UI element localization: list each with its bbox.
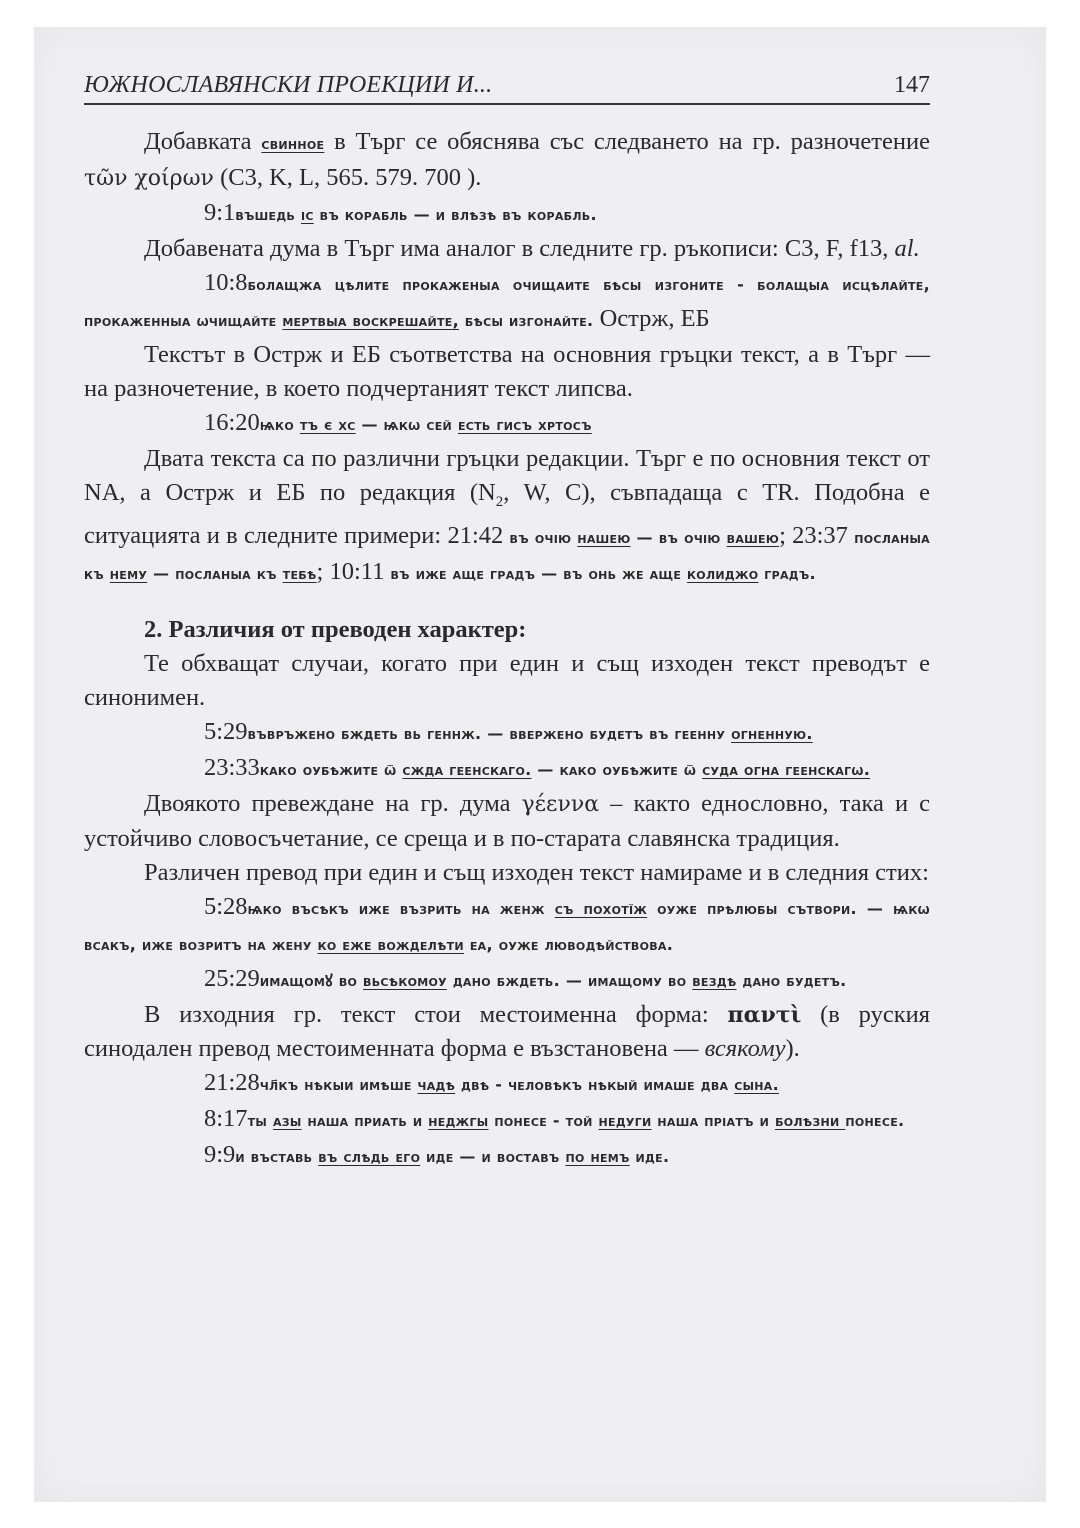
paragraph: Различен превод при един и същ изходен т… [84,856,930,890]
verse-ref: 21:28 [144,1066,260,1100]
verse-ref: 9:9 [144,1138,235,1172]
paragraph: Двоякото превеждане на гр. дума γέεννα –… [84,787,930,856]
verse-example: 10:8Болащжа цѣлите прокаженыа очищаите б… [84,266,930,338]
verse-example: 25:29Имащомꙋ во вьсѣкомоу дано бждеть. —… [84,962,930,998]
paragraph: Добавката свинное в Търг се обяснява със… [84,125,930,196]
verse-example: 8:17ты азы наша приать и неджгы понесе -… [84,1102,930,1138]
paragraph: Двата текста са по различни гръцки редак… [84,442,930,591]
verse-ref: 10:8 [144,266,248,300]
verse-example: 23:33како оубѣжите ѿ сжда геенскаго. — к… [84,751,930,787]
verse-example: 5:29въвръжено бждеть вь геннж. — ввержен… [84,715,930,751]
paragraph: Текстът в Острж и ЕБ съответства на осно… [84,338,930,406]
page-body: Добавката свинное в Търг се обяснява със… [84,125,930,1174]
section-heading: 2. Различия от преводен характер: [84,613,930,647]
verse-example: 9:1Въшедь Іс въ корабль — И влѣзѣ въ кор… [84,196,930,232]
paragraph: Добавената дума в Търг има аналог в след… [84,232,930,266]
verse-ref: 9:1 [144,196,235,230]
verse-ref: 8:17 [144,1102,248,1136]
greek-text: παντὶ [727,1002,801,1028]
paragraph: Те обхващат случаи, когато при един и съ… [84,647,930,715]
paragraph: В изходния гр. текст стои местоименна фо… [84,998,930,1066]
church-slavonic-word: свинное [261,134,324,153]
greek-text: γέεννα [522,792,600,817]
verse-ref: 5:29 [144,715,248,749]
verse-ref: 16:20 [144,406,260,440]
verse-ref: 5:28 [144,890,248,924]
page-number: 147 [894,72,930,99]
verse-example: 9:9и въставь въ слѣдь его иде — и востав… [84,1138,930,1174]
verse-example: 5:28ѩко въсѣкъ иже възрить на женж съ по… [84,890,930,962]
verse-example: 16:20ѩко тъ є Хс — ѩкѡ сей есть Гисъ Хрт… [84,406,930,442]
verse-ref: 25:29 [144,962,260,996]
verse-example: 21:28чл҃къ нѣкыи имѣше чадѣ двѣ - человѣ… [84,1066,930,1102]
verse-ref: 23:33 [144,751,260,785]
greek-text: τῶν χοίρων [84,166,214,191]
running-title: ЮЖНОСЛАВЯНСКИ ПРОЕКЦИИ И... [84,72,492,99]
header-rule [84,103,930,105]
